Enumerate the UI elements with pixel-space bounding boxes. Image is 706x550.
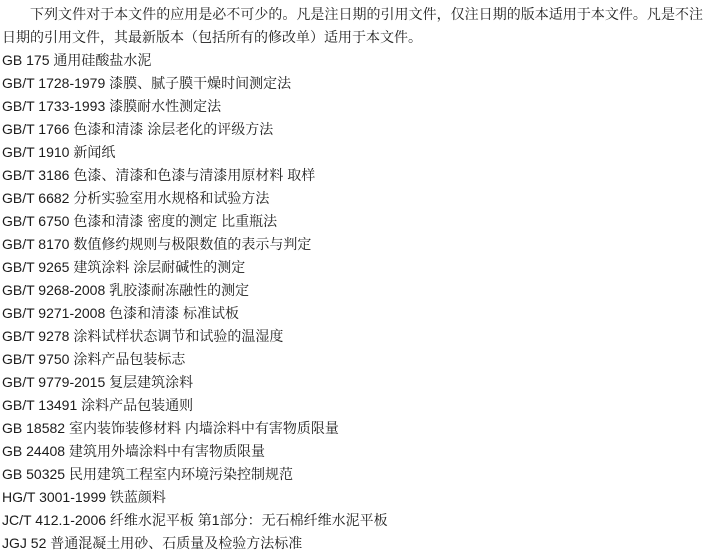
reference-line: GB/T 1910 新闻纸	[2, 141, 703, 164]
reference-title: 普通混凝土用砂、石质量及检验方法标准	[50, 535, 302, 550]
reference-title: 漆膜耐水性测定法	[109, 98, 221, 114]
reference-code: GB/T 1910	[2, 144, 69, 160]
reference-code: JC/T 412.1-2006	[2, 512, 106, 528]
reference-line: GB 18582 室内装饰装修材料 内墙涂料中有害物质限量	[2, 417, 703, 440]
reference-title: 复层建筑涂料	[109, 374, 193, 390]
reference-code: GB/T 13491	[2, 397, 77, 413]
reference-code: GB/T 9265	[2, 259, 69, 275]
reference-code: GB 50325	[2, 466, 65, 482]
reference-title: 色漆和清漆 密度的测定 比重瓶法	[73, 213, 277, 229]
reference-title: 室内装饰装修材料 内墙涂料中有害物质限量	[69, 420, 339, 436]
reference-code: GB 18582	[2, 420, 65, 436]
document-page: 下列文件对于本文件的应用是必不可少的。凡是注日期的引用文件，仅注日期的版本适用于…	[0, 0, 706, 550]
reference-title: 漆膜、腻子膜干燥时间测定法	[109, 75, 291, 91]
reference-code: GB/T 9750	[2, 351, 69, 367]
reference-title: 建筑用外墙涂料中有害物质限量	[69, 443, 265, 459]
reference-title: 涂料产品包装标志	[73, 351, 185, 367]
reference-line: GB/T 8170 数值修约规则与极限数值的表示与判定	[2, 233, 703, 256]
reference-code: GB/T 3186	[2, 167, 69, 183]
reference-title: 通用硅酸盐水泥	[53, 52, 151, 68]
reference-line: JGJ 52 普通混凝土用砂、石质量及检验方法标准	[2, 532, 703, 550]
normative-references-intro: 下列文件对于本文件的应用是必不可少的。凡是注日期的引用文件，仅注日期的版本适用于…	[2, 3, 703, 49]
reference-title: 乳胶漆耐冻融性的测定	[109, 282, 249, 298]
reference-line: GB/T 13491 涂料产品包装通则	[2, 394, 703, 417]
reference-line: GB/T 1728-1979 漆膜、腻子膜干燥时间测定法	[2, 72, 703, 95]
reference-code: GB/T 9271-2008	[2, 305, 105, 321]
reference-line: GB/T 9278 涂料试样状态调节和试验的温湿度	[2, 325, 703, 348]
reference-title: 色漆、清漆和色漆与清漆用原材料 取样	[73, 167, 315, 183]
reference-line: JC/T 412.1-2006 纤维水泥平板 第1部分：无石棉纤维水泥平板	[2, 509, 703, 532]
reference-line: GB 24408 建筑用外墙涂料中有害物质限量	[2, 440, 703, 463]
reference-line: GB/T 1766 色漆和清漆 涂层老化的评级方法	[2, 118, 703, 141]
reference-code: GB/T 1733-1993	[2, 98, 105, 114]
reference-line: HG/T 3001-1999 铁蓝颜料	[2, 486, 703, 509]
reference-title: 数值修约规则与极限数值的表示与判定	[73, 236, 311, 252]
reference-title: 民用建筑工程室内环境污染控制规范	[69, 466, 293, 482]
reference-line: GB/T 1733-1993 漆膜耐水性测定法	[2, 95, 703, 118]
reference-code: HG/T 3001-1999	[2, 489, 106, 505]
reference-line: GB/T 9750 涂料产品包装标志	[2, 348, 703, 371]
reference-code: GB 24408	[2, 443, 65, 459]
reference-line: GB/T 6682 分析实验室用水规格和试验方法	[2, 187, 703, 210]
reference-code: GB/T 9268-2008	[2, 282, 105, 298]
reference-code: GB/T 9278	[2, 328, 69, 344]
reference-line: GB/T 9271-2008 色漆和清漆 标准试板	[2, 302, 703, 325]
reference-line: GB/T 6750 色漆和清漆 密度的测定 比重瓶法	[2, 210, 703, 233]
reference-code: GB/T 6750	[2, 213, 69, 229]
reference-line: GB/T 9779-2015 复层建筑涂料	[2, 371, 703, 394]
reference-code: JGJ 52	[2, 535, 46, 550]
reference-title: 新闻纸	[73, 144, 115, 160]
reference-line: GB/T 9268-2008 乳胶漆耐冻融性的测定	[2, 279, 703, 302]
reference-code: GB/T 1766	[2, 121, 69, 137]
reference-line: GB/T 3186 色漆、清漆和色漆与清漆用原材料 取样	[2, 164, 703, 187]
reference-title: 色漆和清漆 涂层老化的评级方法	[73, 121, 273, 137]
reference-title: 色漆和清漆 标准试板	[109, 305, 239, 321]
reference-title: 涂料试样状态调节和试验的温湿度	[73, 328, 283, 344]
reference-code: GB/T 1728-1979	[2, 75, 105, 91]
reference-title: 涂料产品包装通则	[81, 397, 193, 413]
reference-line: GB 175 通用硅酸盐水泥	[2, 49, 703, 72]
reference-code: GB 175	[2, 52, 49, 68]
reference-title: 建筑涂料 涂层耐碱性的测定	[73, 259, 245, 275]
reference-code: GB/T 9779-2015	[2, 374, 105, 390]
reference-title: 纤维水泥平板 第1部分：无石棉纤维水泥平板	[110, 512, 388, 528]
reference-line: GB 50325 民用建筑工程室内环境污染控制规范	[2, 463, 703, 486]
reference-title: 铁蓝颜料	[110, 489, 166, 505]
reference-code: GB/T 8170	[2, 236, 69, 252]
reference-list: GB 175 通用硅酸盐水泥GB/T 1728-1979 漆膜、腻子膜干燥时间测…	[2, 49, 703, 550]
reference-code: GB/T 6682	[2, 190, 69, 206]
reference-title: 分析实验室用水规格和试验方法	[73, 190, 269, 206]
reference-line: GB/T 9265 建筑涂料 涂层耐碱性的测定	[2, 256, 703, 279]
